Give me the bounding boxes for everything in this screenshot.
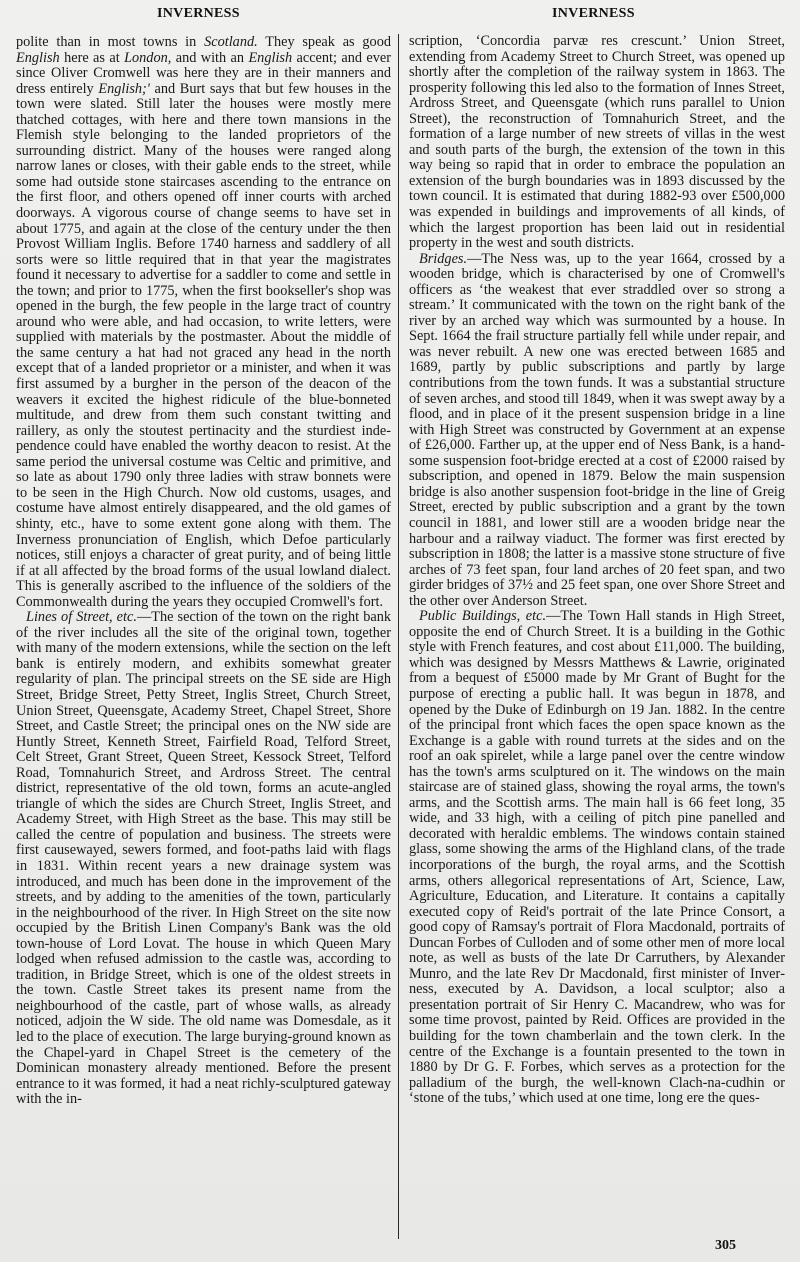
paragraph-lines-of-street: Lines of Street, etc.—The section of the… — [16, 610, 391, 1108]
section-heading: Lines of Street, etc. — [26, 609, 137, 625]
document-page: INVERNESS INVERNESS polite than in most … — [0, 0, 800, 1262]
section-heading: Public Buildings, etc. — [419, 608, 546, 624]
running-head-left: INVERNESS — [157, 6, 240, 22]
paragraph-union-street: scription, ‘Concordia parvæ res crescunt… — [409, 34, 785, 252]
page-number: 305 — [715, 1238, 736, 1254]
column-divider — [398, 34, 399, 1239]
right-column: scription, ‘Concordia parvæ res crescunt… — [409, 34, 785, 1107]
section-heading: Bridges. — [419, 251, 467, 267]
left-column: polite than in most towns in Scotland. T… — [16, 35, 391, 1108]
paragraph-public-buildings: Public Buildings, etc.—The Town Hall sta… — [409, 609, 785, 1107]
paragraph-bridges: Bridges.—The Ness was, up to the year 16… — [409, 252, 785, 610]
paragraph-manners: polite than in most towns in Scotland. T… — [16, 35, 391, 610]
running-head-right: INVERNESS — [552, 6, 635, 22]
